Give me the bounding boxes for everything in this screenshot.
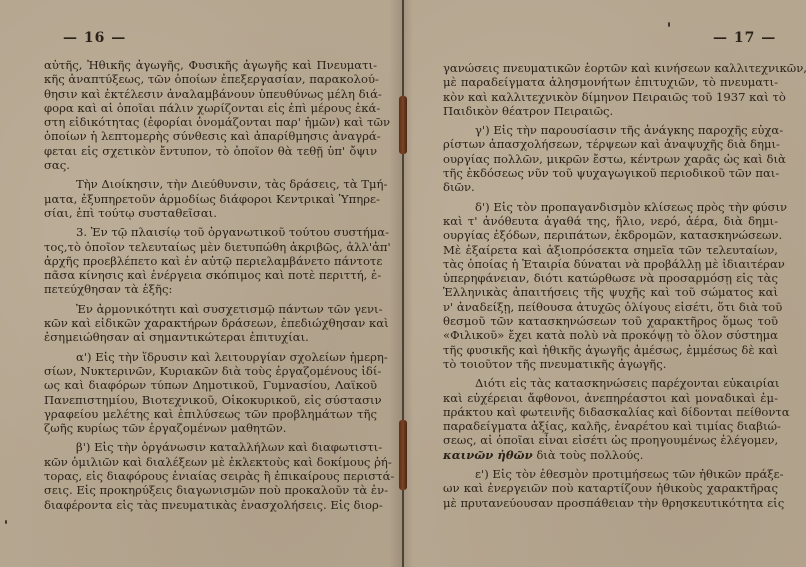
book-spread: — 16 — αὐτῆς, Ἠθικῆς ἀγωγῆς, Φυσικῆς ἀγω…: [0, 0, 806, 567]
text-line: κῶν ὁμιλιῶν καὶ διαλέξεων μὲ ἐκλεκτοὺς κ…: [44, 455, 377, 469]
text-line: Ἐν ἁρμονικότητι καὶ συσχετισμῷ πάντων τῶ…: [44, 302, 377, 316]
text-line: Παιδικὸν θέατρον Πειραιῶς.: [443, 104, 778, 118]
left-page-text: αὐτῆς, Ἠθικῆς ἀγωγῆς, Φυσικῆς ἀγωγῆς καὶ…: [44, 58, 377, 512]
text-line: Μὲ ἐξαίρετα καὶ ἀξιοπρόσεκτα σημεῖα τῶν …: [443, 243, 778, 257]
text-line: ων καὶ ἐνεργειῶν ποὺ καταρτίζουν ἠθικοὺς…: [443, 481, 778, 495]
text-line: Πανεπιστημίου, Βιοτεχνικοῦ, Οἰκοκυρικοῦ,…: [44, 393, 377, 407]
text-line: τος,τὸ ὁποῖον τελευταίως μὲν διετυπώθη ἀ…: [44, 240, 377, 254]
text-line: σίων, Νυκτερινῶν, Κυριακῶν διὰ τοὺς ἐργα…: [44, 364, 377, 378]
staple-top: [399, 96, 407, 154]
text-line: ζωῆς κυρίως τῶν ἐργαζομένων μαθητῶν.: [44, 421, 377, 435]
paper-speck: [5, 520, 7, 524]
text-line: 3. Ἐν τῷ πλαισίῳ τοῦ ὀργανωτικοῦ τούτου …: [44, 225, 377, 239]
page-number-16: — 16 —: [63, 30, 126, 46]
text-line: ματα, ἐξυπηρετοῦν ἁρμοδίως διάφοροι Κεντ…: [44, 192, 377, 206]
emphasis-line: καινῶν ἠθῶν διὰ τοὺς πολλούς.: [443, 448, 778, 462]
text-line: «Φιλικοῦ» ἔχει κατὰ πολὺ νὰ προκόψῃ τὸ ὅ…: [443, 328, 778, 342]
text-line: διαφέροντα εἰς τὰς πνευματικὰς ἐνασχολήσ…: [44, 498, 377, 512]
text-line: κῆς ἀναπτύξεως, τῶν ὁποίων ἐπεξεργασίαν,…: [44, 72, 377, 86]
text-line: πετεύχθησαν τὰ ἑξῆς:: [44, 282, 377, 296]
text-line: σίαι, ἐπὶ τούτῳ συσταθεῖσαι.: [44, 206, 377, 220]
text-line: τορας, εἰς διαφόρους ἑνιαίας σειρὰς ἢ ἐπ…: [44, 469, 377, 483]
page-number-17: — 17 —: [713, 30, 776, 46]
text-line: ἀρχῆς προεβλέπετο καὶ ἐν αὐτῷ περιελαμβά…: [44, 254, 377, 268]
text-line: παραδείγματα ἀξίας, καλῆς, ἐναρέτου καὶ …: [443, 419, 778, 433]
text-line: αὐτῆς, Ἠθικῆς ἀγωγῆς, Φυσικῆς ἀγωγῆς καὶ…: [44, 58, 377, 72]
emphasized-phrase: καινῶν ἠθῶν: [443, 448, 533, 462]
text-line: γραφείου μελέτης καὶ ἐπιλύσεως τῶν προβλ…: [44, 407, 377, 421]
right-page: — 17 — γανώσεις πνευματικῶν ἑορτῶν καὶ κ…: [403, 0, 806, 567]
text-line: θεσμοῦ τῶν κατασκηνώσεων τοῦ χαρακτῆρος …: [443, 314, 778, 328]
text-line: ἐσημειώθησαν αἱ σημαντικώτεραι ἐπιτυχίαι…: [44, 330, 377, 344]
paper-speck: [668, 22, 670, 27]
text-line: κῶν καὶ εἰδικῶν χαρακτήρων δράσεων, ἐπεδ…: [44, 316, 377, 330]
text-line: ὑπερηφάνειαν, διότι κατώρθωσε νὰ προσαρμ…: [443, 271, 778, 285]
right-page-text: γανώσεις πνευματικῶν ἑορτῶν καὶ κινήσεων…: [443, 61, 778, 510]
staple-bottom: [399, 420, 407, 490]
text-line: Διότι εἰς τὰς κατασκηνώσεις παρέχονται ε…: [443, 376, 778, 390]
text-line: φεται εἰς σχετικὸν ἔντυπον, τὸ ὁποῖον θὰ…: [44, 144, 377, 158]
text-line: ε') Εἰς τὸν ἐθεσμὸν προτιμήσεως τῶν ἠθικ…: [443, 467, 778, 481]
text-line: φορα καὶ αἱ ὁποῖαι πάλιν χωρίζονται εἰς …: [44, 101, 377, 115]
text-line: Τὴν Διοίκησιν, τὴν Διεύθυνσιν, τὰς δράσε…: [44, 177, 377, 191]
text-line: κὸν καὶ καλλιτεχνικὸν δίμηνον Πειραιῶς τ…: [443, 90, 778, 104]
text-line: τὸ τοιοῦτον τῆς πνευματικῆς ἀγωγῆς.: [443, 357, 778, 371]
text-line: ν' ἀναδείξῃ, πείθουσα ἀτυχῶς ὀλίγους εἰσ…: [443, 300, 778, 314]
text-line: ως καὶ διαφόρων τύπων Δημοτικοῦ, Γυμνασί…: [44, 378, 377, 392]
text-line: ουργίας ἐξόδων, περιπάτων, ἐκδρομῶν, κατ…: [443, 228, 778, 242]
text-line: πᾶσα κίνησις καὶ ἐνέργεια σκόπιμος καὶ π…: [44, 268, 377, 282]
text-line: γανώσεις πνευματικῶν ἑορτῶν καὶ κινήσεων…: [443, 61, 778, 75]
text-line: διῶν.: [443, 180, 778, 194]
text-line: τῆς ἐκδόσεως νῦν τοῦ ψυχαγωγικοῦ περιοδι…: [443, 166, 778, 180]
text-line: Ἑλληνικὰς ἀπαιτήσεις τῆς ψυχῆς καὶ τοῦ σ…: [443, 285, 778, 299]
text-line: τῆς φυσικῆς καὶ ἠθικῆς ἀγωγῆς ἀμέσως, ἐμ…: [443, 343, 778, 357]
emphasis-line-rest: διὰ τοὺς πολλούς.: [533, 448, 644, 462]
text-line: α') Εἰς τὴν ἵδρυσιν καὶ λειτουργίαν σχολ…: [44, 350, 377, 364]
text-line: σεις. Εἰς προκηρύξεις διαγωνισμῶν ποὺ πρ…: [44, 483, 377, 497]
text-line: ουργίας πολλῶν, μικρῶν ἔστω, κέντρων χαρ…: [443, 152, 778, 166]
text-line: μὲ παραδείγματα ἀλησμονήτων ἐπιτυχιῶν, τ…: [443, 75, 778, 89]
text-line: θησιν καὶ ἐκτέλεσιν ἀναλαμβάνουν ὑπευθύν…: [44, 87, 377, 101]
text-line: ὁποίων ἡ λεπτομερὴς σύνθεσις καὶ ἀπαρίθμ…: [44, 129, 377, 143]
left-page: — 16 — αὐτῆς, Ἠθικῆς ἀγωγῆς, Φυσικῆς ἀγω…: [0, 0, 403, 567]
text-line: ρίστων ἀπασχολήσεων, τέρψεων καὶ ἀναψυχῆ…: [443, 137, 778, 151]
text-line: καὶ τ' ἀνόθευτα ἀγαθά της, ἥλιο, νερό, ἀ…: [443, 214, 778, 228]
text-line: β') Εἰς τὴν ὀργάνωσιν καταλλήλων καὶ δια…: [44, 440, 377, 454]
text-line: καὶ εὐχέρειαι ἄφθονοι, ἀνεπηρέαστοι καὶ …: [443, 391, 778, 405]
text-line: γ') Εἰς τὴν παρουσίασιν τῆς ἀνάγκης παρο…: [443, 123, 778, 137]
text-line: μὲ πρυτανεύουσαν προσπάθειαν τὴν θρησκευ…: [443, 496, 778, 510]
text-line: σεως, αἱ ὁποῖαι εἶναι εἰσέτι ὡς προηγουμ…: [443, 433, 778, 447]
text-line: τὰς ὁποίας ἡ Ἑταιρία δύναται νὰ προβάλλῃ…: [443, 257, 778, 271]
text-line: πράκτου καὶ φωτεινῆς διδασκαλίας καὶ δίδ…: [443, 405, 778, 419]
text-line: στη εἰδικότητας (ἐφορίαι ὀνομάζονται παρ…: [44, 115, 377, 129]
text-line: σας.: [44, 158, 377, 172]
text-line: δ') Εἰς τὸν προπαγανδισμὸν κλίσεως πρὸς …: [443, 200, 778, 214]
